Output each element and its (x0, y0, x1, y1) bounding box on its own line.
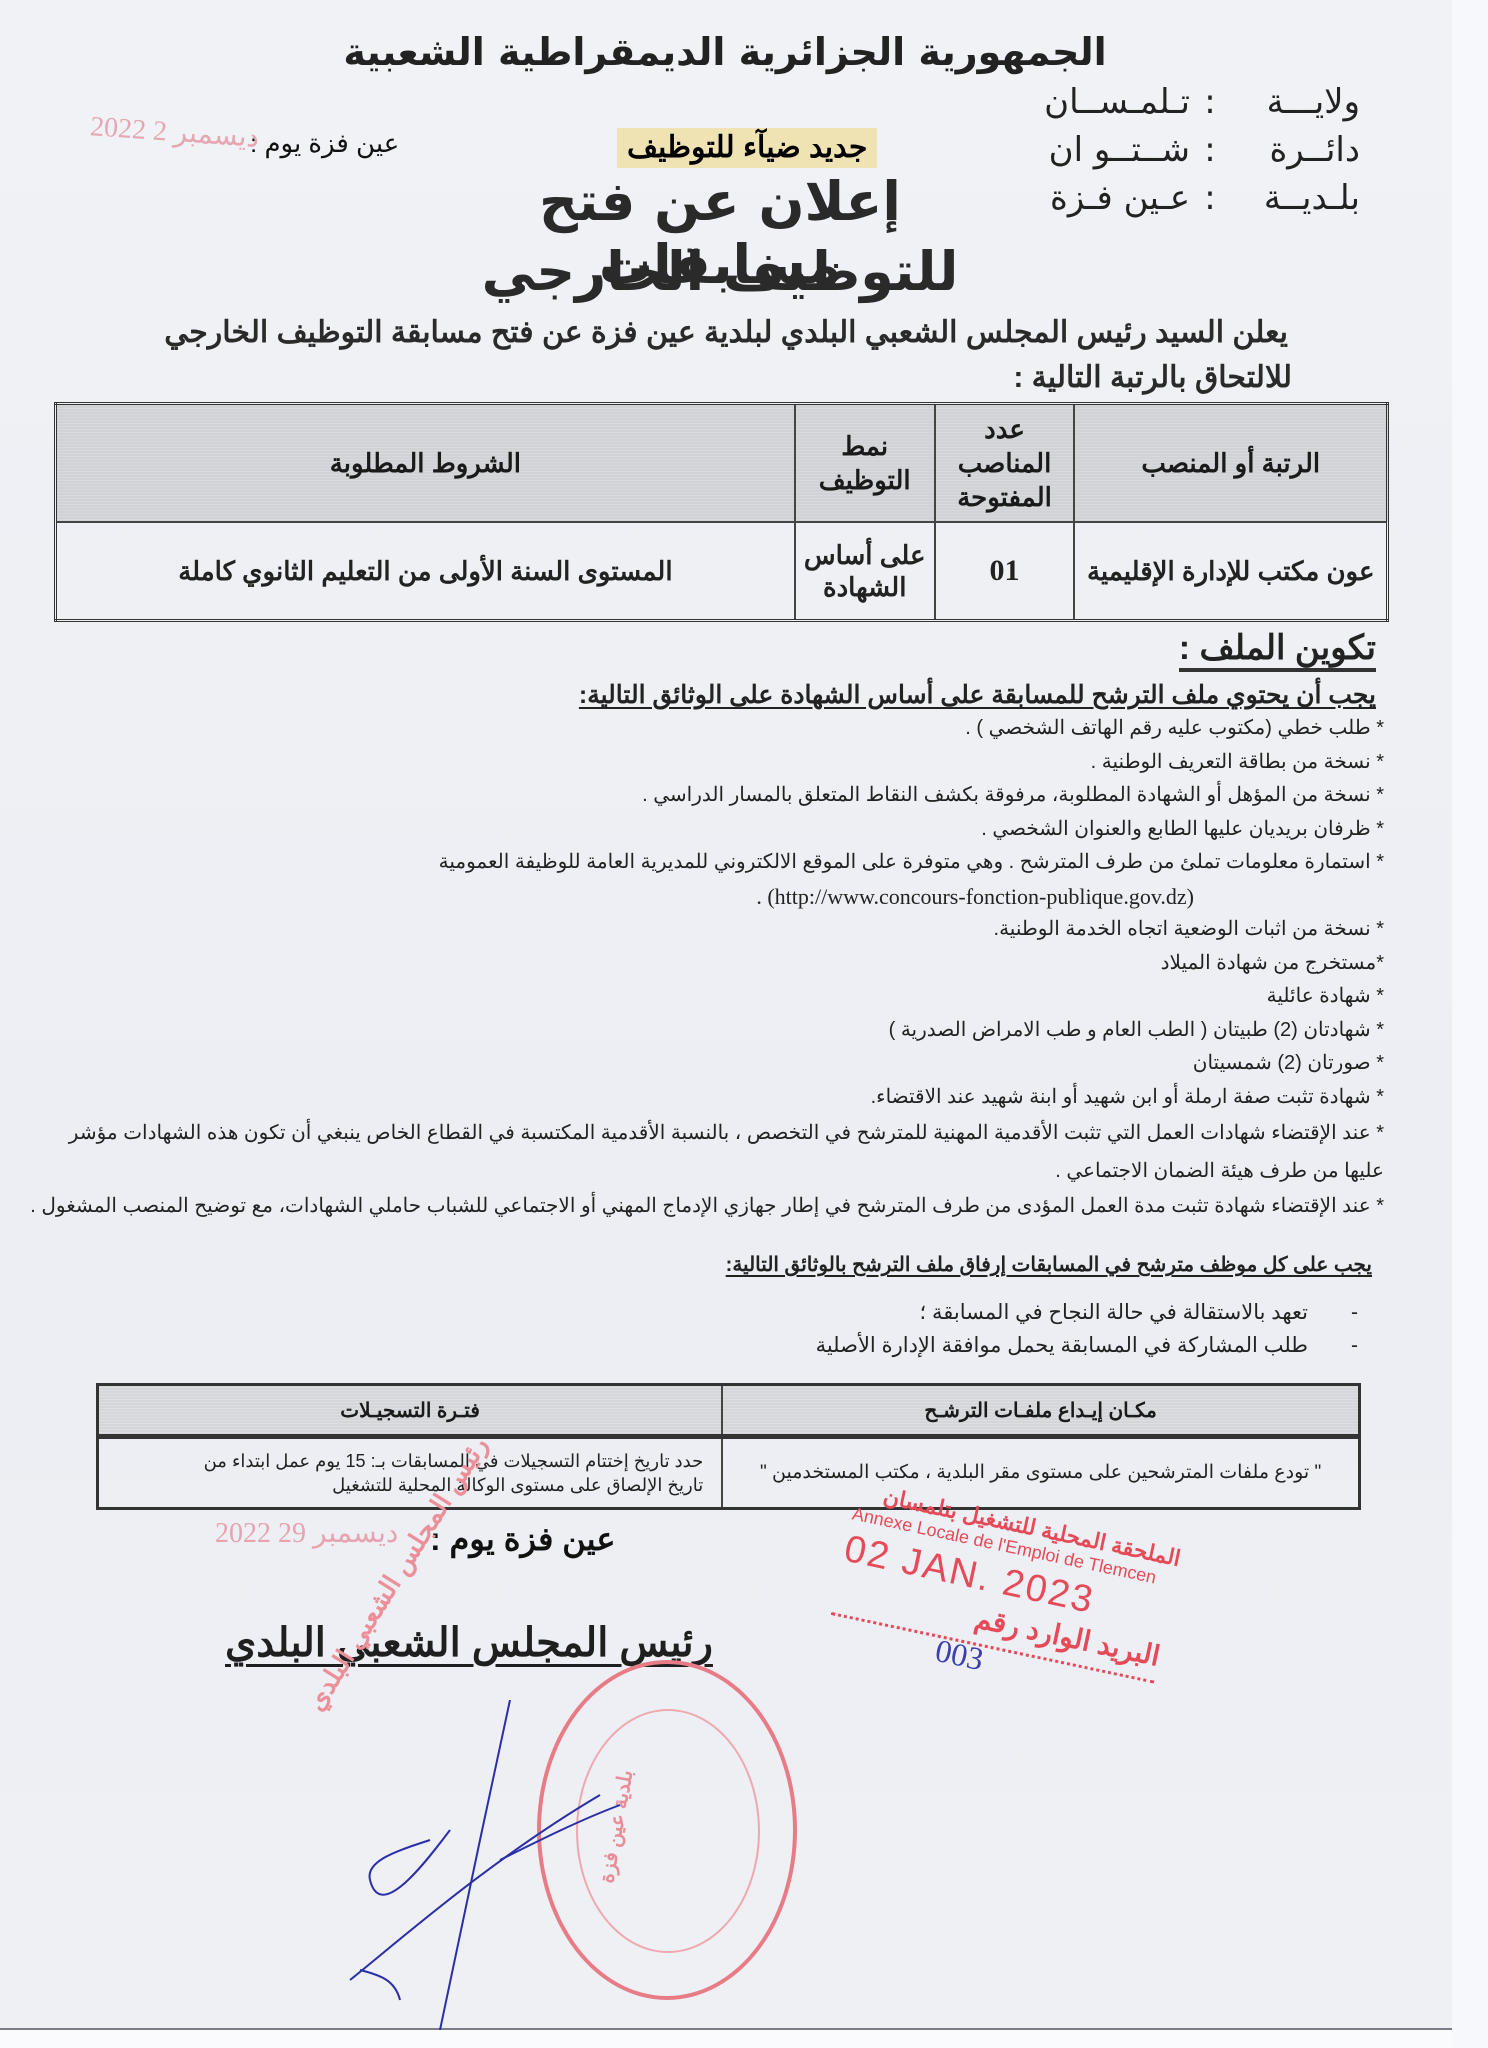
list-item: * شهادة عائلية (24, 980, 1384, 1014)
cell-place: " تودع ملفات المترشحين على مستوى مقر الب… (722, 1437, 1359, 1509)
scan-edge (1452, 0, 1488, 2048)
republic-heading: الجمهورية الجزائرية الديمقراطية الشعبية (270, 30, 1180, 74)
list-item: * ظرفان بريديان عليها الطابع والعنوان ال… (24, 813, 1384, 847)
cell-period: حدد تاريخ إختتام التسجيلات في المسابقات … (98, 1437, 723, 1509)
website-link[interactable]: . (http://www.concours-fonction-publique… (24, 880, 1384, 914)
list-item: * نسخة من المؤهل أو الشهادة المطلوبة، مر… (24, 779, 1384, 813)
deposit-table: مكـان إيـداع ملفـات الترشـح فتـرة التسجي… (96, 1383, 1361, 1510)
table-header-row: مكـان إيـداع ملفـات الترشـح فتـرة التسجي… (98, 1385, 1360, 1437)
scan-bottom-edge (0, 2028, 1452, 2048)
signature-icon (340, 1700, 660, 2030)
list-item: * شهادة تثبت صفة ارملة أو ابن شهيد أو اب… (24, 1081, 1384, 1115)
signer-title: رئيس المجلس الشعبي البلدي (225, 1620, 713, 1666)
list-item: * نسخة من اثبات الوضعية اتجاه الخدمة الو… (24, 913, 1384, 947)
employee-documents-list: -تعهد بالاستقالة في حالة النجاح في المسا… (816, 1296, 1358, 1362)
table-row: " تودع ملفات المترشحين على مستوى مقر الب… (98, 1437, 1360, 1509)
col-count: عدد المناصب المفتوحة (935, 404, 1075, 523)
list-item: * طلب خطي (مكتوب عليه رقم الهاتف الشخصي … (24, 712, 1384, 746)
required-documents-list: * طلب خطي (مكتوب عليه رقم الهاتف الشخصي … (24, 712, 1384, 1224)
list-item: *مستخرج من شهادة الميلاد (24, 947, 1384, 981)
col-period: فتـرة التسجيـلات (98, 1385, 723, 1437)
list-item: -طلب المشاركة في المسابقة يحمل موافقة ال… (816, 1329, 1358, 1362)
watermark-badge: جديد ضيآء للتوظيف (617, 128, 877, 168)
cell-mode: على أساس الشهادة (795, 522, 935, 621)
col-mode: نمط التوظيف (795, 404, 935, 523)
list-item: * عند الإقتضاء شهادة تثبت مدة العمل المؤ… (24, 1190, 1384, 1224)
list-item: -تعهد بالاستقالة في حالة النجاح في المسا… (816, 1296, 1358, 1329)
date-stamp-bottom: 2022 ديسمبر 29 (215, 1516, 398, 1550)
announcement-subtitle: للتوظيف الخارجي (420, 240, 1020, 303)
cell-conditions: المستوى السنة الأولى من التعليم الثانوي … (56, 522, 795, 621)
dateline-top: عين فزة يوم : (250, 128, 399, 159)
list-item: * نسخة من بطاقة التعريف الوطنية . (24, 746, 1384, 780)
col-grade: الرتبة أو المنصب (1074, 404, 1387, 523)
positions-table: الرتبة أو المنصب عدد المناصب المفتوحة نم… (54, 402, 1389, 622)
table-header-row: الرتبة أو المنصب عدد المناصب المفتوحة نم… (56, 404, 1388, 523)
admin-row-baladia: بلـديــة:عـين فـزة (1044, 174, 1360, 222)
col-place: مكـان إيـداع ملفـات الترشـح (722, 1385, 1359, 1437)
admin-info: ولايـــة:تـلمـســان دائــرة:شــتــو ان ب… (1044, 78, 1360, 222)
list-item: * استمارة معلومات تملئ من طرف المترشح . … (24, 846, 1384, 880)
file-section-subtitle: يجب أن يحتوي ملف الترشح للمسابقة على أسا… (579, 680, 1376, 710)
table-row: عون مكتب للإدارة الإقليمية 01 على أساس ا… (56, 522, 1388, 621)
list-item: * شهادتان (2) طبيتان ( الطب العام و طب ا… (24, 1014, 1384, 1048)
file-section-title: تكوين الملف : (1179, 628, 1376, 672)
employee-section-subtitle: يجب على كل موظف مترشح في المسابقات إرفاق… (726, 1252, 1372, 1277)
list-item: * صورتان (2) شمسيتان (24, 1047, 1384, 1081)
admin-row-wilaya: ولايـــة:تـلمـســان (1044, 78, 1360, 126)
intro-line-2: للالتحاق بالرتبة التالية : (1013, 360, 1292, 395)
list-item: * عند الإقتضاء شهادات العمل التي تثبت ال… (24, 1114, 1384, 1190)
admin-row-daira: دائــرة:شــتــو ان (1044, 126, 1360, 174)
cell-count: 01 (935, 522, 1075, 621)
dateline-bottom: عين فزة يوم : (430, 1520, 615, 1558)
cell-grade: عون مكتب للإدارة الإقليمية (1074, 522, 1387, 621)
intro-line-1: يعلن السيد رئيس المجلس الشعبي البلدي لبل… (164, 315, 1288, 350)
col-conditions: الشروط المطلوبة (56, 404, 795, 523)
